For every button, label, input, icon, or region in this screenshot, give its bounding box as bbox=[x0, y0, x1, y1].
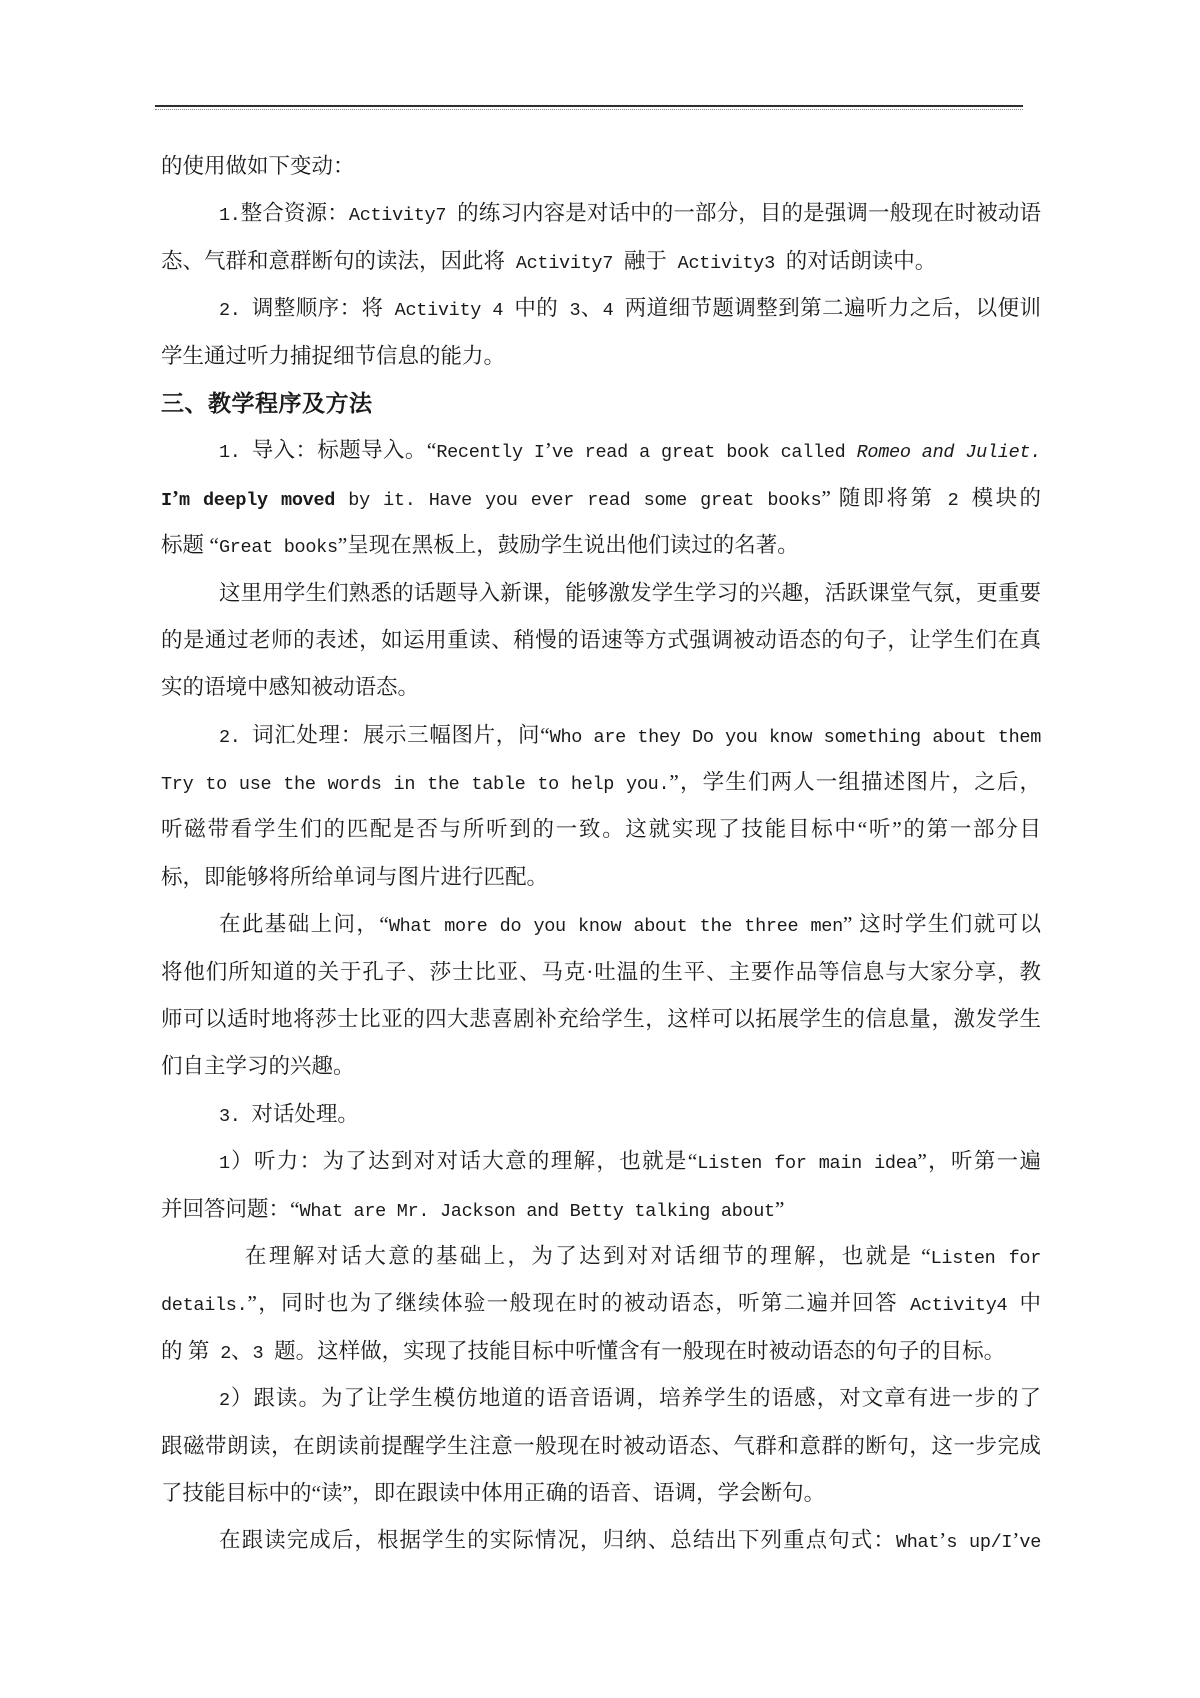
cjk-text-run: 学生通过听力捕捉细节信息的能力。 bbox=[161, 344, 505, 368]
text-line: 2. 调整顺序：将 Activity 4 中的 3、4 两道细节题调整到第二遍听… bbox=[161, 285, 1041, 332]
cjk-text-run: 、 bbox=[580, 296, 602, 320]
text-run: 态、气群和意群断句的读法，因此将 Activity7 融于 Activity3 … bbox=[161, 249, 936, 273]
cjk-text-run: ’ bbox=[545, 438, 552, 462]
text-line: 在理解对话大意的基础上，为了达到对对话细节的理解，也就是 “Listen for bbox=[161, 1233, 1041, 1280]
text-run: 这里用学生们熟悉的话题导入新课，能够激发学生学习的兴趣，活跃课堂气氛，更重要 bbox=[219, 581, 1041, 605]
document-page: 的使用做如下变动：1.整合资源：Activity7 的练习内容是对话中的一部分，… bbox=[0, 0, 1200, 1698]
latin-text-run: 3. bbox=[219, 1106, 251, 1127]
cjk-text-run: 标，即能够将所给单词与图片进行匹配。 bbox=[161, 865, 548, 889]
cjk-text-run: 调整顺序：将 bbox=[252, 296, 384, 320]
text-line: 态、气群和意群断句的读法，因此将 Activity7 融于 Activity3 … bbox=[161, 238, 1041, 285]
latin-text-run: Try to use the words in the table to hel… bbox=[161, 774, 669, 795]
cjk-text-run: 中 bbox=[1019, 1291, 1041, 1315]
bold-text: I’m deeply moved bbox=[161, 486, 335, 510]
cjk-text-run: ” bbox=[821, 486, 831, 510]
latin-text-run: 1. bbox=[219, 205, 241, 226]
cjk-text-run: 跟磁带朗读，在朗读前提醒学生注意一般现在时被动语态、气群和意群的断句，这一步完成 bbox=[161, 1434, 1041, 1458]
cjk-text-run: 在此基础上问，“ bbox=[219, 912, 389, 936]
text-line: 学生通过听力捕捉细节信息的能力。 bbox=[161, 333, 1041, 380]
cjk-text-run: 模块的 bbox=[972, 486, 1041, 510]
cjk-text-run: 这时学生们就可以 bbox=[859, 912, 1041, 936]
cjk-text-run: 的练习内容是对话中的一部分，目的是强调一般现在时被动语 bbox=[457, 201, 1041, 225]
cjk-text-run: 中的 bbox=[514, 296, 558, 320]
cjk-text-run: 导入：标题导入。“ bbox=[252, 438, 437, 462]
latin-text-run: What bbox=[896, 1532, 939, 1553]
cjk-text-run: 听磁带看学生们的匹配是否与所听到的一致。这就实现了技能目标中“听”的第一部分目 bbox=[161, 817, 1041, 841]
text-line: Try to use the words in the table to hel… bbox=[161, 759, 1041, 806]
text-line: 在跟读完成后，根据学生的实际情况，归纳、总结出下列重点句式：What’s up/… bbox=[161, 1517, 1041, 1564]
cjk-text-run: 将他们所知道的关于孔子、莎士比亚、马克·吐温的生平、主要作品等信息与大家分享，教 bbox=[161, 960, 1041, 984]
cjk-text-run: ”，学生们两人一组描述图片，之后， bbox=[669, 770, 1041, 794]
text-line: 在此基础上问，“What more do you know about the … bbox=[161, 901, 1041, 948]
latin-text-run: Listen for bbox=[931, 1248, 1041, 1269]
text-run: 2. 调整顺序：将 Activity 4 中的 3、4 两道细节题调整到第二遍听… bbox=[161, 296, 1041, 332]
cjk-text-run: ）听力：为了达到对对话大意的理解，也就是“ bbox=[230, 1149, 697, 1173]
cjk-text-run: 的使用做如下变动： bbox=[161, 154, 355, 178]
latin-text-run: 2 bbox=[934, 490, 971, 511]
text-line: 3. 对话处理。 bbox=[161, 1091, 1041, 1138]
cjk-text-run: 随即将第 bbox=[839, 486, 935, 510]
text-line: 标题 “Great books”呈现在黑板上，鼓励学生说出他们读过的名著。 bbox=[161, 522, 1041, 569]
bold-text: 三、教学程序及方法 bbox=[161, 391, 373, 416]
cjk-text-run: ”，同时也为了继续体验一般现在时的被动语态，听第二遍并回答 bbox=[247, 1291, 898, 1315]
text-run: 在跟读完成后，根据学生的实际情况，归纳、总结出下列重点句式：What’s up/… bbox=[219, 1528, 1041, 1552]
cjk-text-run: 题。这样做，实现了技能目标中听懂含有一般现在时被动语态的句子的目标。 bbox=[274, 1339, 1005, 1363]
text-run: by it. Have you ever read some great boo… bbox=[335, 486, 1041, 510]
latin-text-run: m deeply moved bbox=[179, 490, 335, 511]
text-run: 听磁带看学生们的匹配是否与所听到的一致。这就实现了技能目标中“听”的第一部分目 bbox=[161, 817, 1041, 841]
cjk-text-run: ’ bbox=[172, 486, 179, 510]
text-run: 将他们所知道的关于孔子、莎士比亚、马克·吐温的生平、主要作品等信息与大家分享，教 bbox=[161, 960, 1041, 984]
text-run: 了技能目标中的“读”，即在跟读中体用正确的语音、语调，学会断句。 bbox=[161, 1481, 825, 1505]
cjk-text-run bbox=[913, 1244, 921, 1268]
latin-text-run: Activity7 bbox=[349, 205, 457, 226]
latin-text-run: Romeo and Juliet. bbox=[857, 442, 1041, 463]
text-run: 1.整合资源：Activity7 的练习内容是对话中的一部分，目的是强调一般现在… bbox=[219, 201, 1041, 225]
text-line: 这里用学生们熟悉的话题导入新课，能够激发学生学习的兴趣，活跃课堂气氛，更重要 bbox=[161, 570, 1041, 617]
text-run: 标，即能够将所给单词与图片进行匹配。 bbox=[161, 865, 548, 889]
text-run: 实的语境中感知被动语态。 bbox=[161, 675, 419, 699]
text-run: details.”，同时也为了继续体验一般现在时的被动语态，听第二遍并回答 Ac… bbox=[161, 1291, 1041, 1315]
text-run: 在此基础上问，“What more do you know about the … bbox=[219, 912, 1041, 936]
latin-text-run: 2. bbox=[219, 300, 252, 321]
cjk-text-run: ” bbox=[775, 1197, 785, 1221]
text-line: 的是通过老师的表述，如运用重读、稍慢的语速等方式强调被动语态的句子，让学生们在真 bbox=[161, 617, 1041, 664]
text-run: 的使用做如下变动： bbox=[161, 154, 355, 178]
text-run: 1）听力：为了达到对对话大意的理解，也就是“Listen for main id… bbox=[219, 1149, 1041, 1173]
text-run: 学生通过听力捕捉细节信息的能力。 bbox=[161, 344, 505, 368]
latin-text-run: 2. bbox=[219, 727, 252, 748]
latin-text-run: 3 bbox=[558, 300, 580, 321]
cjk-text-run: 对话处理。 bbox=[251, 1102, 359, 1126]
latin-text-run: I bbox=[161, 490, 172, 511]
cjk-text-run: 词汇处理：展示三幅图片，问“ bbox=[252, 723, 550, 747]
text-run: 的 第 2、3 题。这样做，实现了技能目标中听懂含有一般现在时被动语态的句子的目… bbox=[161, 1339, 1005, 1363]
section-heading: 三、教学程序及方法 bbox=[161, 380, 1041, 427]
text-line: 并回答问题：“What are Mr. Jackson and Betty ta… bbox=[161, 1186, 1041, 1233]
text-line: 的使用做如下变动： bbox=[161, 143, 1041, 190]
text-run: 并回答问题：“What are Mr. Jackson and Betty ta… bbox=[161, 1197, 784, 1221]
cjk-text-run: ）跟读。为了让学生模仿地道的语音语调，培养学生的语感，对文章有进一步的了解， bbox=[161, 1386, 1041, 1422]
latin-text-run: details. bbox=[161, 1295, 247, 1316]
text-run: 跟磁带朗读，在朗读前提醒学生注意一般现在时被动语态、气群和意群的断句，这一步完成 bbox=[161, 1434, 1041, 1458]
cjk-text-run: 融于 bbox=[624, 249, 667, 273]
latin-text-run: Who are they Do you know something about… bbox=[550, 727, 1041, 748]
cjk-text-run: 们自主学习的兴趣。 bbox=[161, 1054, 355, 1078]
text-line: 2. 词汇处理：展示三幅图片，问“Who are they Do you kno… bbox=[161, 712, 1041, 759]
latin-text-run: Activity3 bbox=[667, 253, 786, 274]
cjk-text-run: 了技能目标中的“读”，即在跟读中体用正确的语音、语调，学会断句。 bbox=[161, 1481, 825, 1505]
text-run: 1. 导入：标题导入。“Recently I’ve read a great b… bbox=[219, 438, 857, 462]
text-line: 的 第 2、3 题。这样做，实现了技能目标中听懂含有一般现在时被动语态的句子的目… bbox=[161, 1328, 1041, 1375]
latin-text-run: Listen for main idea bbox=[697, 1153, 917, 1174]
text-run: 2）跟读。为了让学生模仿地道的语音语调，培养学生的语感，对文章有进一步的了解， bbox=[161, 1386, 1041, 1422]
text-line: 跟磁带朗读，在朗读前提醒学生注意一般现在时被动语态、气群和意群的断句，这一步完成 bbox=[161, 1423, 1041, 1470]
text-line: 实的语境中感知被动语态。 bbox=[161, 664, 1041, 711]
cjk-text-run: ” bbox=[843, 912, 853, 936]
latin-text-run: 2 bbox=[219, 1390, 230, 1411]
header-divider bbox=[155, 105, 1023, 110]
cjk-text-run: 的 bbox=[161, 1339, 183, 1363]
text-line: 1. 导入：标题导入。“Recently I’ve read a great b… bbox=[161, 427, 1041, 474]
latin-text-run: 1 bbox=[219, 1153, 230, 1174]
text-line: 将他们所知道的关于孔子、莎士比亚、马克·吐温的生平、主要作品等信息与大家分享，教 bbox=[161, 949, 1041, 996]
text-line: 2）跟读。为了让学生模仿地道的语音语调，培养学生的语感，对文章有进一步的了解， bbox=[161, 1375, 1041, 1422]
cjk-text-run: 第 bbox=[188, 1339, 210, 1363]
text-line: 听磁带看学生们的匹配是否与所听到的一致。这就实现了技能目标中“听”的第一部分目 bbox=[161, 806, 1041, 853]
cjk-text-run: 整合资源： bbox=[241, 201, 349, 225]
text-run: 的是通过老师的表述，如运用重读、稍慢的语速等方式强调被动语态的句子，让学生们在真 bbox=[161, 628, 1041, 652]
latin-text-run: s up/I bbox=[946, 1532, 1012, 1553]
text-run: 师可以适时地将莎士比亚的四大悲喜剧补充给学生，这样可以拓展学生的信息量，激发学生 bbox=[161, 1007, 1041, 1031]
text-run: 们自主学习的兴趣。 bbox=[161, 1054, 355, 1078]
cjk-text-run: 、 bbox=[231, 1339, 253, 1363]
cjk-text-run: ”，听第一遍 bbox=[917, 1149, 1041, 1173]
latin-text-run: What are Mr. Jackson and Betty talking a… bbox=[300, 1201, 775, 1222]
latin-text-run: 1. bbox=[219, 442, 252, 463]
cjk-text-run: 标题 bbox=[161, 533, 204, 557]
latin-text-run: Activity 4 bbox=[383, 300, 514, 321]
cjk-text-run: 在跟读完成后，根据学生的实际情况，归纳、总结出下列重点句式： bbox=[219, 1528, 896, 1552]
text-line: I’m deeply moved by it. Have you ever re… bbox=[161, 475, 1041, 522]
cjk-text-run bbox=[831, 486, 839, 510]
cjk-text-run: 态、气群和意群断句的读法，因此将 bbox=[161, 249, 505, 273]
latin-text-run: 4 bbox=[603, 300, 625, 321]
cjk-text-run: 三、教学程序及方法 bbox=[161, 391, 373, 416]
latin-text-run: What more do you know about the three me… bbox=[389, 916, 843, 937]
latin-text-run: Recently I bbox=[436, 442, 544, 463]
cjk-text-run: “ bbox=[209, 533, 219, 557]
text-line: 1.整合资源：Activity7 的练习内容是对话中的一部分，目的是强调一般现在… bbox=[161, 190, 1041, 237]
cjk-text-run: 这里用学生们熟悉的话题导入新课，能够激发学生学习的兴趣，活跃课堂气氛，更重要 bbox=[219, 581, 1041, 605]
text-run: 2. 词汇处理：展示三幅图片，问“Who are they Do you kno… bbox=[219, 723, 1041, 747]
text-run: Try to use the words in the table to hel… bbox=[161, 770, 1041, 794]
latin-text-run: Great books bbox=[219, 537, 338, 558]
text-run: 在理解对话大意的基础上，为了达到对对话细节的理解，也就是 “Listen for bbox=[245, 1244, 1041, 1268]
cjk-text-run: 并回答问题：“ bbox=[161, 1197, 300, 1221]
cjk-text-run: 的是通过老师的表述，如运用重读、稍慢的语速等方式强调被动语态的句子，让学生们在真 bbox=[161, 628, 1041, 652]
cjk-text-run: “ bbox=[921, 1244, 931, 1268]
text-line: 师可以适时地将莎士比亚的四大悲喜剧补充给学生，这样可以拓展学生的信息量，激发学生 bbox=[161, 996, 1041, 1043]
latin-text-run: ve bbox=[1019, 1532, 1041, 1553]
text-line: 了技能目标中的“读”，即在跟读中体用正确的语音、语调，学会断句。 bbox=[161, 1470, 1041, 1517]
cjk-text-run: 师可以适时地将莎士比亚的四大悲喜剧补充给学生，这样可以拓展学生的信息量，激发学生 bbox=[161, 1007, 1041, 1031]
text-line: 1）听力：为了达到对对话大意的理解，也就是“Listen for main id… bbox=[161, 1138, 1041, 1185]
text-run: 3. 对话处理。 bbox=[219, 1102, 359, 1126]
cjk-text-run: 在理解对话大意的基础上，为了达到对对话细节的理解，也就是 bbox=[245, 1244, 913, 1268]
text-line: 标，即能够将所给单词与图片进行匹配。 bbox=[161, 854, 1041, 901]
cjk-text-run: 实的语境中感知被动语态。 bbox=[161, 675, 419, 699]
latin-text-run: ve read a great book called bbox=[552, 442, 857, 463]
latin-text-run: 3 bbox=[253, 1343, 275, 1364]
cjk-text-run: 的对话朗读中。 bbox=[786, 249, 937, 273]
latin-text-run: Activity4 bbox=[898, 1295, 1020, 1316]
text-run: 标题 “Great books”呈现在黑板上，鼓励学生说出他们读过的名著。 bbox=[161, 533, 799, 557]
text-line: 们自主学习的兴趣。 bbox=[161, 1043, 1041, 1090]
latin-text-run: Activity7 bbox=[505, 253, 624, 274]
latin-text-run: 2 bbox=[209, 1343, 231, 1364]
text-line: details.”，同时也为了继续体验一般现在时的被动语态，听第二遍并回答 Ac… bbox=[161, 1280, 1041, 1327]
latin-text-run: by it. Have you ever read some great boo… bbox=[335, 490, 821, 511]
document-body: 的使用做如下变动：1.整合资源：Activity7 的练习内容是对话中的一部分，… bbox=[161, 143, 1041, 1565]
italic-text: Romeo and Juliet. bbox=[857, 438, 1041, 462]
cjk-text-run: ”呈现在黑板上，鼓励学生说出他们读过的名著。 bbox=[338, 533, 799, 557]
